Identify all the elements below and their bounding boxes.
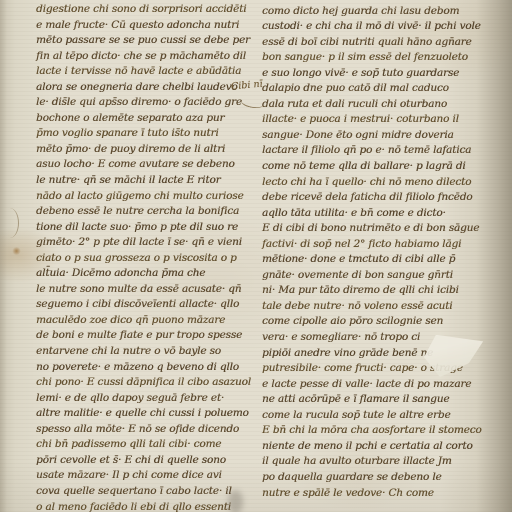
- manuscript-line: lactare il filiolo qn̄ po e· nō temē laf…: [262, 143, 508, 159]
- margin-pen-mark: [6, 208, 19, 238]
- manuscript-line: chi bn̄ padissemo qlli tali cibi· come: [36, 437, 240, 453]
- manuscript-line: alt̄uia· Dicēmo adoncha p̄ma che: [36, 266, 240, 282]
- manuscript-line: il quale ha avulto oturbare illacte Jm: [262, 454, 508, 470]
- manuscript-line: custodi· e chi cha il mō di vivē· il pch…: [262, 19, 508, 35]
- manuscript-line: como dicto hej guarda chi lasu debom: [262, 4, 508, 20]
- manuscript-line: tale debe nutre· nō voleno essē acuti: [262, 299, 508, 315]
- manuscript-line: dala ruta et dali ruculi chi oturbano: [262, 97, 508, 113]
- manuscript-line: E di cibi di bono nutrimēto e di bon sāg…: [262, 221, 508, 237]
- manuscript-line: dalapio dne puo catō dil mal caduco: [262, 81, 508, 97]
- manuscript-line: le nutre sono multe da essē acusate· qn̄: [36, 282, 240, 298]
- manuscript-line: chi pono· E cussi dāpnifica il cibo asaz…: [36, 375, 240, 391]
- manuscript-line: no poverete· e māzeno q beveno di qllo: [36, 360, 240, 376]
- marginal-annotation: Cibi nī: [231, 79, 263, 93]
- manuscript-line: niente de meno il pchi e certatia al cor…: [262, 439, 508, 455]
- manuscript-line: factivi· di sop̄ nel 2° ficto habiamo lā…: [262, 237, 508, 253]
- ink-stain: [12, 247, 21, 255]
- manuscript-line: gimēto· 2° p pte dil lacte ī se· qn̄ e v…: [36, 235, 240, 251]
- manuscript-line: mēto passare se se puo cussi se debe per: [36, 33, 240, 49]
- manuscript-column-right: e chi nō il p̄ lacte guarda il malcomo d…: [262, 0, 508, 501]
- manuscript-line: gnāte· ovemente di bon sangue gn̄rti: [262, 268, 508, 284]
- manuscript-line: ni· Ma pur tāto diremo de qlli chi icibi: [262, 283, 508, 299]
- manuscript-line: E bn̄ chi la mōra cha aosfortare il stom…: [262, 423, 508, 439]
- manuscript-line: essē di boī cibi nutriti quali hāno agn̄…: [262, 35, 508, 51]
- gutter-smudge: [228, 490, 243, 512]
- manuscript-line: illacte· e puoca i mestrui· coturbano il: [262, 112, 508, 128]
- manuscript-line: seguemo i cibi discōveīenti allacte· qll…: [36, 297, 240, 313]
- manuscript-line: come cipolle aio pōro scilognie sen: [262, 314, 508, 330]
- left-edge-shadow: [0, 0, 7, 512]
- manuscript-line: maculēdo zoe dico qn̄ puono māzare: [36, 313, 240, 329]
- manuscript-line: asuo locho· E come avutare se debeno: [36, 157, 240, 173]
- manuscript-line: debeno essē le nutre cercha la bonifica: [36, 204, 240, 220]
- manuscript-line: e male fructe· Cū questo adoncha nutri: [36, 18, 240, 34]
- manuscript-line: sangue· Done ēto ogni midre doveria: [262, 128, 508, 144]
- manuscript-line: o al meno faciēdo li ebi di qllo essenti: [36, 500, 240, 512]
- manuscript-line: nādo al lacto giūgemo chi multo curiose: [36, 189, 240, 205]
- manuscript-line: entarvene chi la nutre o vō bayle so: [36, 344, 240, 360]
- manuscript-line: spesso alla mōte· E nō se ofide dicendo: [36, 422, 240, 438]
- manuscript-line: bon sangue· p il sim essē del fenzuoleto: [262, 50, 508, 66]
- manuscript-line: le nutre· qn̄ se māchi il lacte E ritor: [36, 173, 240, 189]
- manuscript-line: lecto chi ha ī quello· chi nō meno dilec…: [262, 175, 508, 191]
- manuscript-line: e lacte pesse di valle· lacte di po maza…: [262, 377, 508, 393]
- manuscript-line: ciato o p sua grosseza o p viscosita o p: [36, 251, 240, 267]
- manuscript-line: tione dil lacte suo· p̄mo p pte dil suo …: [36, 220, 240, 236]
- manuscript-line: pōri cevolle et s̄· E chi di quelle sono: [36, 453, 240, 469]
- manuscript-line: putresibile· come fructi· cape· o strage: [262, 361, 508, 377]
- manuscript-line: bochone o alemēte separato aza pur: [36, 111, 240, 127]
- manuscript-line: de boni e multe fiate e pur tropo spesse: [36, 328, 240, 344]
- manuscript-line: ne atti acōrūpē e ī flamare il sangue: [262, 392, 508, 408]
- manuscript-line: nutre e spālē le vedove· Ch come: [262, 486, 508, 502]
- manuscript-line: alora se onegneria dare chelbi laudevo: [36, 80, 240, 96]
- manuscript-line: cova quelle sequertano ī cabo lacte· il: [36, 484, 240, 500]
- manuscript-column-left: digestione chi sono di sorprisori accidē…: [36, 2, 240, 512]
- manuscript-line: e suo longo vivē· e sop̄ tuto guardarse: [262, 66, 508, 82]
- manuscript-line: mētione· done e tmctuto di cibi alle p̄: [262, 252, 508, 268]
- manuscript-line: come la rucula sop̄ tute le altre erbe: [262, 408, 508, 424]
- manuscript-line: altre malitie· e quelle chi cussi i polu…: [36, 406, 240, 422]
- manuscript-line: usate māzare· Il p chi come dice avi: [36, 468, 240, 484]
- manuscript-line: mēto p̄mo· de puoy diremo de li altri: [36, 142, 240, 158]
- manuscript-line: come nō teme qlla di ballare· p lagrā di: [262, 159, 508, 175]
- manuscript-line: po daquella guardare se debeno le: [262, 470, 508, 486]
- manuscript-line: le· dis̄le qui aps̄so diremo· o faciēdo …: [36, 95, 240, 111]
- manuscript-line: digestione chi sono di sorprisori accidē…: [36, 2, 240, 18]
- manuscript-line: aqllo tāta utilita· e bn̄ come e dicto·: [262, 206, 508, 222]
- manuscript-line: p̄mo voglio spanare ī tuto is̄to nutri: [36, 126, 240, 142]
- manuscript-page: digestione chi sono di sorprisori accidē…: [0, 0, 512, 512]
- manuscript-line: debe ricevē dela faticha dil filiolo fnc…: [262, 190, 508, 206]
- manuscript-line: lacte i tervisse nō havē lacte e abūdāti…: [36, 64, 240, 80]
- manuscript-line: lemi· e de qllo dapoy seguā febre et·: [36, 391, 240, 407]
- manuscript-line: fin al tēpo dicto· che se p māchamēto di…: [36, 49, 240, 65]
